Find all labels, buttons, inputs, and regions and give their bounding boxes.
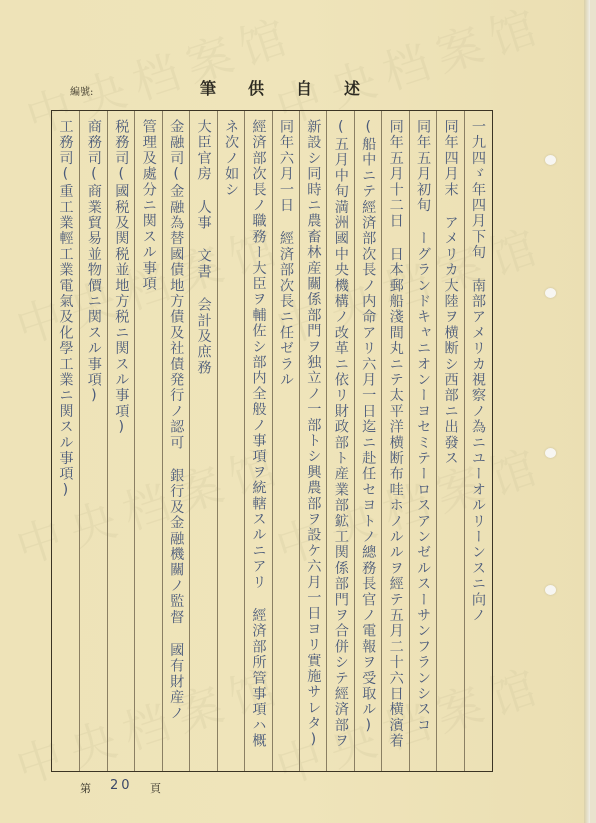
page-edge xyxy=(584,0,590,823)
punch-hole xyxy=(545,288,556,298)
title-char: 自 xyxy=(296,76,312,99)
manuscript-column: 大臣官房 人事 文書 会計及庶務 xyxy=(189,111,217,771)
column-text: 管理及處分ニ関スル事項 xyxy=(135,119,162,292)
manuscript-column: 金融司(金融為替國債地方債及社債発行ノ認可 銀行及金融機關ノ監督 國有財産ノ xyxy=(162,111,190,771)
manuscript-column: ネ次ノ如シ xyxy=(217,111,245,771)
manuscript-column: 經済部次長ノ職務ー大臣ヲ輔佐シ部内全般ノ事項ヲ統轄スルニアリ 經済部所管事項ハ概 xyxy=(244,111,272,771)
title-char: 供 xyxy=(248,76,264,99)
manuscript-column: (五月中旬満洲國中央機構ノ改革ニ依リ財政部ト産業部鉱工関係部門ヲ合併シテ經済部ヲ xyxy=(326,111,354,771)
manuscript-column: 同年六月一日 經済部次長ニ任ゼラル xyxy=(272,111,300,771)
manuscript-column: 税務司(國税及関税並地方税ニ関スル事項) xyxy=(107,111,135,771)
column-text: (船中ニテ經済部次長ノ内命アリ六月一日迄ニ赴任セヨトノ總務長官ノ電報ヲ受取ル) xyxy=(355,119,382,735)
column-text: 同年四月末 アメリカ大陸ヲ横断シ西部ニ出發ス xyxy=(437,119,464,466)
column-text: 新設シ同時ニ農畜林産關係部門ヲ独立ノ一部トシ興農部ヲ設ケ六月一日ヨリ實施サレタ) xyxy=(300,119,327,749)
column-text: 一九四ゞ年四月下旬 南部アメリカ視察ノ為ニユーオルリーンスニ向ノ xyxy=(465,119,492,623)
manuscript-column: 商務司(商業貿易並物價ニ関スル事項) xyxy=(79,111,107,771)
manuscript-column: 一九四ゞ年四月下旬 南部アメリカ視察ノ為ニユーオルリーンスニ向ノ xyxy=(464,111,492,771)
column-text: 同年六月一日 經済部次長ニ任ゼラル xyxy=(273,119,300,388)
column-text: (五月中旬満洲國中央機構ノ改革ニ依リ財政部ト産業部鉱工関係部門ヲ合併シテ經済部ヲ xyxy=(327,119,354,749)
serial-number-label: 編號: xyxy=(70,83,93,98)
manuscript-column: 同年四月末 アメリカ大陸ヲ横断シ西部ニ出發ス xyxy=(436,111,464,771)
punch-hole xyxy=(545,448,556,458)
column-text: 大臣官房 人事 文書 会計及庶務 xyxy=(190,119,217,376)
title-char: 述 xyxy=(344,76,360,99)
column-text: ネ次ノ如シ xyxy=(218,119,245,198)
manuscript-column: (船中ニテ經済部次長ノ内命アリ六月一日迄ニ赴任セヨトノ總務長官ノ電報ヲ受取ル) xyxy=(354,111,382,771)
document-page: 中央档案馆 中央档案馆 中央档案馆 中央档案馆 中央档案馆 中央档案馆 中央档案… xyxy=(0,0,590,823)
manuscript-column: 管理及處分ニ関スル事項 xyxy=(134,111,162,771)
manuscript-grid: 一九四ゞ年四月下旬 南部アメリカ視察ノ為ニユーオルリーンスニ向ノ同年四月末 アメ… xyxy=(51,110,493,772)
column-text: 同年五月十二日 日本郵船淺間丸ニテ太平洋横断布哇ホノルルヲ經テ五月二十六日横濱着 xyxy=(382,119,409,749)
manuscript-column: 新設シ同時ニ農畜林産關係部門ヲ独立ノ一部トシ興農部ヲ設ケ六月一日ヨリ實施サレタ) xyxy=(299,111,327,771)
column-text: 經済部次長ノ職務ー大臣ヲ輔佐シ部内全般ノ事項ヲ統轄スルニアリ 經済部所管事項ハ概 xyxy=(245,119,272,749)
column-text: 税務司(國税及関税並地方税ニ関スル事項) xyxy=(108,119,135,437)
page-suffix: 頁 xyxy=(150,780,161,796)
manuscript-column: 同年五月十二日 日本郵船淺間丸ニテ太平洋横断布哇ホノルルヲ經テ五月二十六日横濱着 xyxy=(381,111,409,771)
punch-hole xyxy=(545,155,556,165)
manuscript-column: 工務司(重工業輕工業電氣及化學工業ニ関スル事項) xyxy=(52,111,79,771)
column-text: 金融司(金融為替國債地方債及社債発行ノ認可 銀行及金融機關ノ監督 國有財産ノ xyxy=(163,119,190,721)
page-prefix: 第 xyxy=(80,780,91,796)
document-title: 筆 供 自 述 xyxy=(200,76,360,99)
page-number: 20 xyxy=(110,778,133,793)
column-text: 同年五月初旬 ーグランドキャニオンーヨセミテーロスアンゼルスーサンフランシスコ xyxy=(410,119,437,733)
punch-hole xyxy=(545,585,556,595)
manuscript-column: 同年五月初旬 ーグランドキャニオンーヨセミテーロスアンゼルスーサンフランシスコ xyxy=(409,111,437,771)
title-char: 筆 xyxy=(200,76,216,99)
column-text: 商務司(商業貿易並物價ニ関スル事項) xyxy=(80,119,107,405)
column-text: 工務司(重工業輕工業電氣及化學工業ニ関スル事項) xyxy=(52,119,79,499)
